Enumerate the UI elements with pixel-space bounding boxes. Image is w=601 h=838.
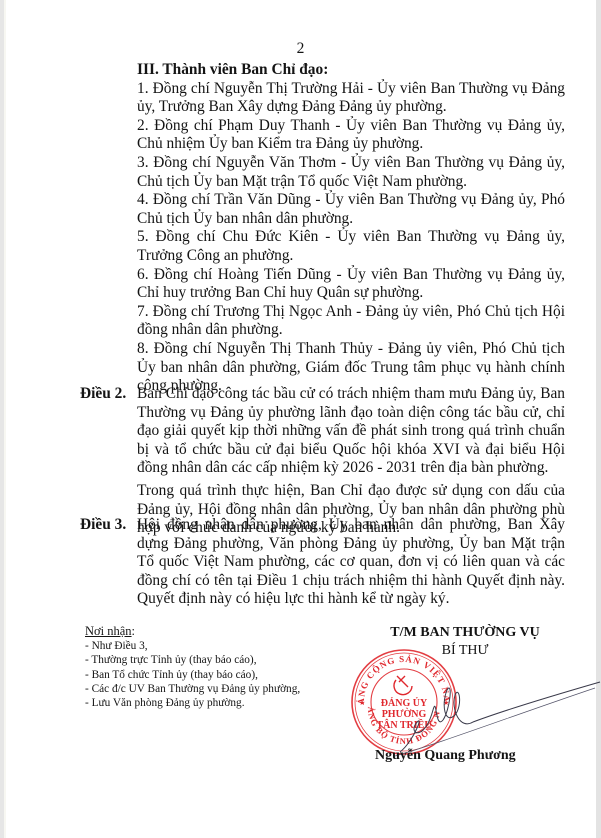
recipients-title-colon: : <box>132 624 135 638</box>
member-item-5: 5. Đồng chí Chu Đức Kiên - Ủy viên Ban T… <box>137 228 565 265</box>
recipients-block: Nơi nhận: - Như Điều 3, - Thường trực Tỉ… <box>85 624 300 710</box>
article-3-label: Điều 3. <box>80 516 126 535</box>
article-2-label: Điều 2. <box>80 385 126 404</box>
recipient-item: - Thường trực Tỉnh ủy (thay báo cáo), <box>85 653 300 667</box>
member-item-6: 6. Đồng chí Hoàng Tiến Dũng - Ủy viên Ba… <box>137 266 565 303</box>
signing-organization: T/M BAN THƯỜNG VỤ <box>360 624 570 642</box>
page-edge-left-inner <box>4 0 6 838</box>
recipient-item: - Ban Tổ chức Tỉnh ủy (thay báo cáo), <box>85 668 300 682</box>
recipient-item: - Lưu Văn phòng Đảng ủy phường. <box>85 696 300 710</box>
article-2-paragraph-1: Ban Chỉ đạo công tác bầu cử có trách nhi… <box>137 385 565 478</box>
recipients-title-row: Nơi nhận: <box>85 624 300 639</box>
recipient-item: - Các đ/c UV Ban Thường vụ Đảng ủy phườn… <box>85 682 300 696</box>
recipients-title: Nơi nhận <box>85 624 132 638</box>
recipient-item: - Như Điều 3, <box>85 639 300 653</box>
member-item-4: 4. Đồng chí Trần Văn Dũng - Ủy viên Ban … <box>137 191 565 228</box>
member-item-3: 3. Đồng chí Nguyễn Văn Thơm - Ủy viên Ba… <box>137 154 565 191</box>
section-3-heading: III. Thành viên Ban Chỉ đạo: <box>137 61 565 80</box>
handwritten-signature-icon <box>395 670 601 760</box>
member-item-1: 1. Đồng chí Nguyễn Thị Trường Hải - Ủy v… <box>137 80 565 117</box>
section-3-members: III. Thành viên Ban Chỉ đạo: 1. Đồng chí… <box>137 61 565 396</box>
article-3-paragraph: Hội đồng nhân dân phường, Ủy ban nhân dâ… <box>137 516 565 609</box>
page-number: 2 <box>0 40 601 58</box>
article-3-body: Hội đồng nhân dân phường, Ủy ban nhân dâ… <box>137 516 565 609</box>
member-item-7: 7. Đồng chí Trương Thị Ngọc Anh - Đảng ủ… <box>137 303 565 340</box>
signer-name: Nguyễn Quang Phương <box>375 748 516 764</box>
article-2-body: Ban Chỉ đạo công tác bầu cử có trách nhi… <box>137 385 565 538</box>
member-item-2: 2. Đồng chí Phạm Duy Thanh - Ủy viên Ban… <box>137 117 565 154</box>
svg-text:★: ★ <box>359 699 365 707</box>
